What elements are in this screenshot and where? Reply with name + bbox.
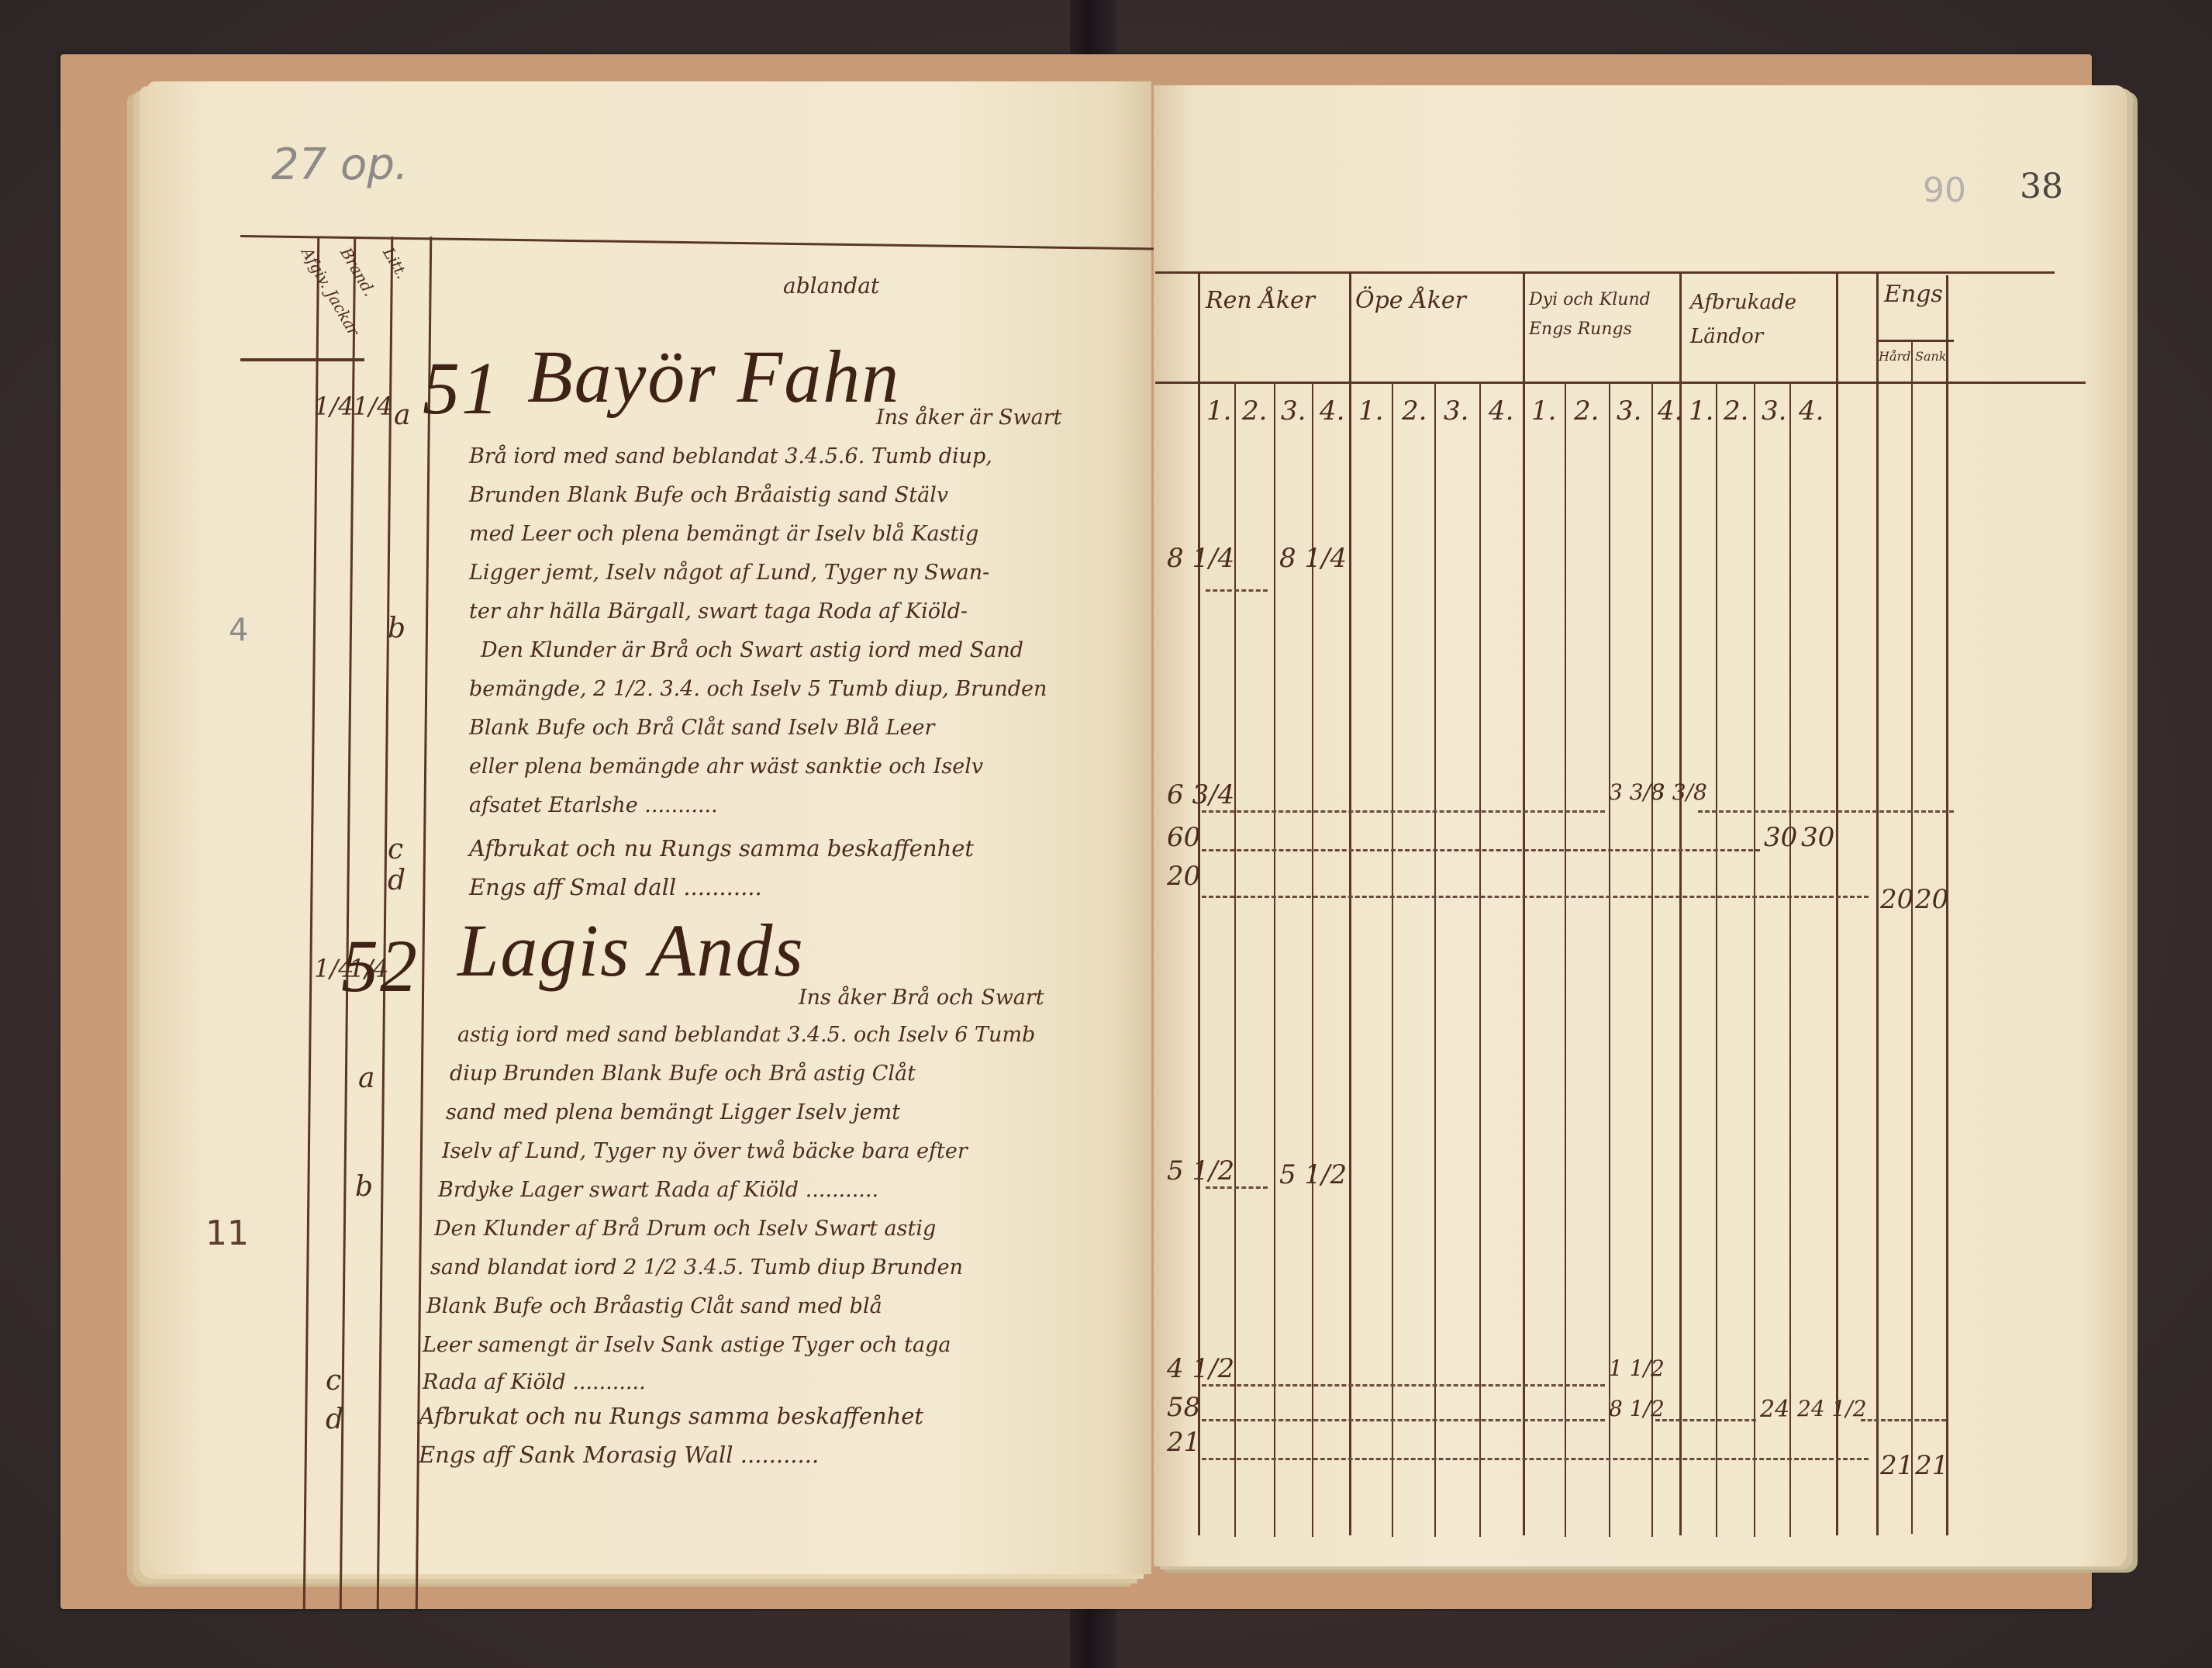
entry-52-line-5: Brdyke Lager swart Rada af Kiöld .......…	[438, 1169, 878, 1210]
row-51c-total: 60	[1167, 822, 1200, 853]
entry-52-line-7: sand blandat iord 2 1/2 3.4.5. Tumb diup…	[430, 1247, 963, 1288]
spine-bottom	[1070, 1609, 1116, 1668]
row-51d-engs-hard: 20	[1880, 884, 1914, 915]
row-52d-engs-hard: 21	[1880, 1450, 1914, 1481]
row-51d-total: 20	[1167, 861, 1200, 892]
left-header-bottom-rule	[240, 358, 364, 361]
col-group-ren-aker: Ren Åker	[1206, 287, 1315, 314]
entry-51-line-7: bemängde, 2 1/2. 3.4. och Iselv 5 Tumb d…	[469, 668, 1047, 710]
entry-51-fraction-2: 1/4	[353, 392, 393, 421]
col-group-ope-aker: Öpe Åker	[1355, 287, 1466, 314]
entry-51-letter-b: b	[388, 613, 405, 644]
entry-52-letter-c: c	[326, 1365, 341, 1397]
row-52d-engs-sank: 21	[1915, 1450, 1948, 1481]
entry-52-line-9: Leer samengt är Iselv Sank astige Tyger …	[423, 1324, 951, 1366]
entry-52-line-0: Ins åker Brå och Swart	[799, 977, 1044, 1018]
entry-52-line-11: Afbrukat och nu Rungs samma beskaffenhet	[419, 1396, 923, 1437]
entry-51-line-6: Den Klunder är Brå och Swart astig iord …	[481, 630, 1023, 671]
entry-51-line-10: afsatet Etarlshe ...........	[469, 785, 718, 826]
row-52a-ren-aker-3: 5 1/2	[1279, 1159, 1347, 1190]
right-folio-pencil: 90	[1923, 171, 1966, 210]
entry-51-name: Bayör Fahn	[527, 333, 900, 420]
col-group-afbrukade: Afbrukade Ländor	[1690, 285, 1830, 354]
row-51b-dyi-4: 3 3/8	[1651, 779, 1707, 805]
entry-51-line-11: Afbrukat och nu Rungs samma beskaffenhet	[469, 828, 974, 869]
entry-52-line-3: sand med plena bemängt Ligger Iselv jemt	[446, 1092, 900, 1133]
col-group-dyi-klund: Dyi och Klund Engs Rungs	[1529, 285, 1676, 344]
entry-52-number: 52	[341, 923, 419, 1009]
col-group-engs: Engs	[1884, 281, 1943, 308]
row-52c-afbrukade-3: 24	[1760, 1396, 1789, 1423]
entry-51-line-1: Brå iord med sand beblandat 3.4.5.6. Tum…	[469, 436, 992, 477]
entry-51-letter-c: c	[388, 834, 403, 865]
col-engs-hard: Hård	[1879, 349, 1910, 364]
row-51c-afbrukade-4: 30	[1801, 822, 1834, 853]
entry-51-letter-a: a	[394, 399, 410, 431]
entry-52-line-1: astig iord med sand beblandat 3.4.5. och…	[457, 1014, 1035, 1055]
right-folio-ink: 38	[2020, 167, 2063, 206]
entry-51-line-0: Ins åker är Swart	[876, 397, 1061, 438]
row-51d-engs-sank: 20	[1915, 884, 1948, 915]
entry-52-line-4: Iselv af Lund, Tyger ny över twå bäcke b…	[442, 1131, 968, 1172]
row-52b-dyi-3: 1 1/2	[1609, 1355, 1665, 1381]
row-52c-afbrukade-4: 24 1/2	[1797, 1396, 1867, 1421]
entry-51-line-3: med Leer och plena bemängt är Iselv blå …	[469, 513, 978, 554]
entry-52-letter-a: a	[358, 1062, 374, 1094]
entry-51-number: 51	[423, 345, 500, 431]
entry-51-line-5: ter ahr hälla Bärgall, swart taga Roda a…	[469, 591, 968, 632]
right-header-top-rule	[1155, 271, 2055, 274]
margin-mark-4: 4	[229, 613, 248, 648]
entry-52-line-2: diup Brunden Blank Bufe och Brå astig Cl…	[450, 1053, 916, 1094]
row-52c-total: 58	[1167, 1392, 1200, 1423]
engs-subheader-rule	[1876, 340, 1954, 342]
row-51b-total: 6 3/4	[1167, 779, 1234, 810]
margin-mark-11: 11	[205, 1214, 249, 1253]
entry-52-line-6: Den Klunder af Brå Drum och Iselv Swart …	[434, 1208, 936, 1249]
entry-51-letter-d: d	[388, 865, 405, 896]
entry-51-line-12: Engs aff Smal dall ...........	[469, 867, 762, 908]
row-51c-afbrukade-3: 30	[1764, 822, 1797, 853]
entry-52-line-8: Blank Bufe och Bråastig Clåt sand med bl…	[426, 1286, 882, 1327]
col-engs-sank: Sank	[1915, 349, 1947, 364]
entry-52-name: Lagis Ands	[457, 907, 805, 993]
row-52a-total: 5 1/2	[1167, 1155, 1234, 1186]
row-52d-total: 21	[1167, 1427, 1200, 1458]
row-52c-dyi-3: 8 1/2	[1609, 1396, 1665, 1421]
entry-51-line-2: Brunden Blank Bufe och Bråaistig sand St…	[469, 475, 948, 516]
entry-51-line-9: eller plena bemängde ahr wäst sanktie oc…	[469, 746, 983, 787]
header-ablandat: ablandat	[783, 273, 879, 299]
row-52b-total: 4 1/2	[1167, 1353, 1234, 1384]
entry-51-line-4: Ligger jemt, Iselv något af Lund, Tyger …	[469, 552, 989, 593]
row-51a-total: 8 1/4	[1167, 543, 1234, 574]
entry-51-line-8: Blank Bufe och Brå Clåt sand Iselv Blå L…	[469, 707, 934, 748]
spine-top	[1070, 0, 1116, 54]
row-51a-ren-aker-3: 8 1/4	[1279, 543, 1347, 574]
entry-52-letter-d: d	[326, 1404, 343, 1435]
left-page-folio: 27 op.	[271, 140, 409, 190]
entry-52-line-12: Engs aff Sank Morasig Wall ...........	[419, 1435, 819, 1476]
entry-52-letter-b: b	[355, 1171, 373, 1203]
entry-51-fraction-1: 1/4	[314, 392, 354, 421]
